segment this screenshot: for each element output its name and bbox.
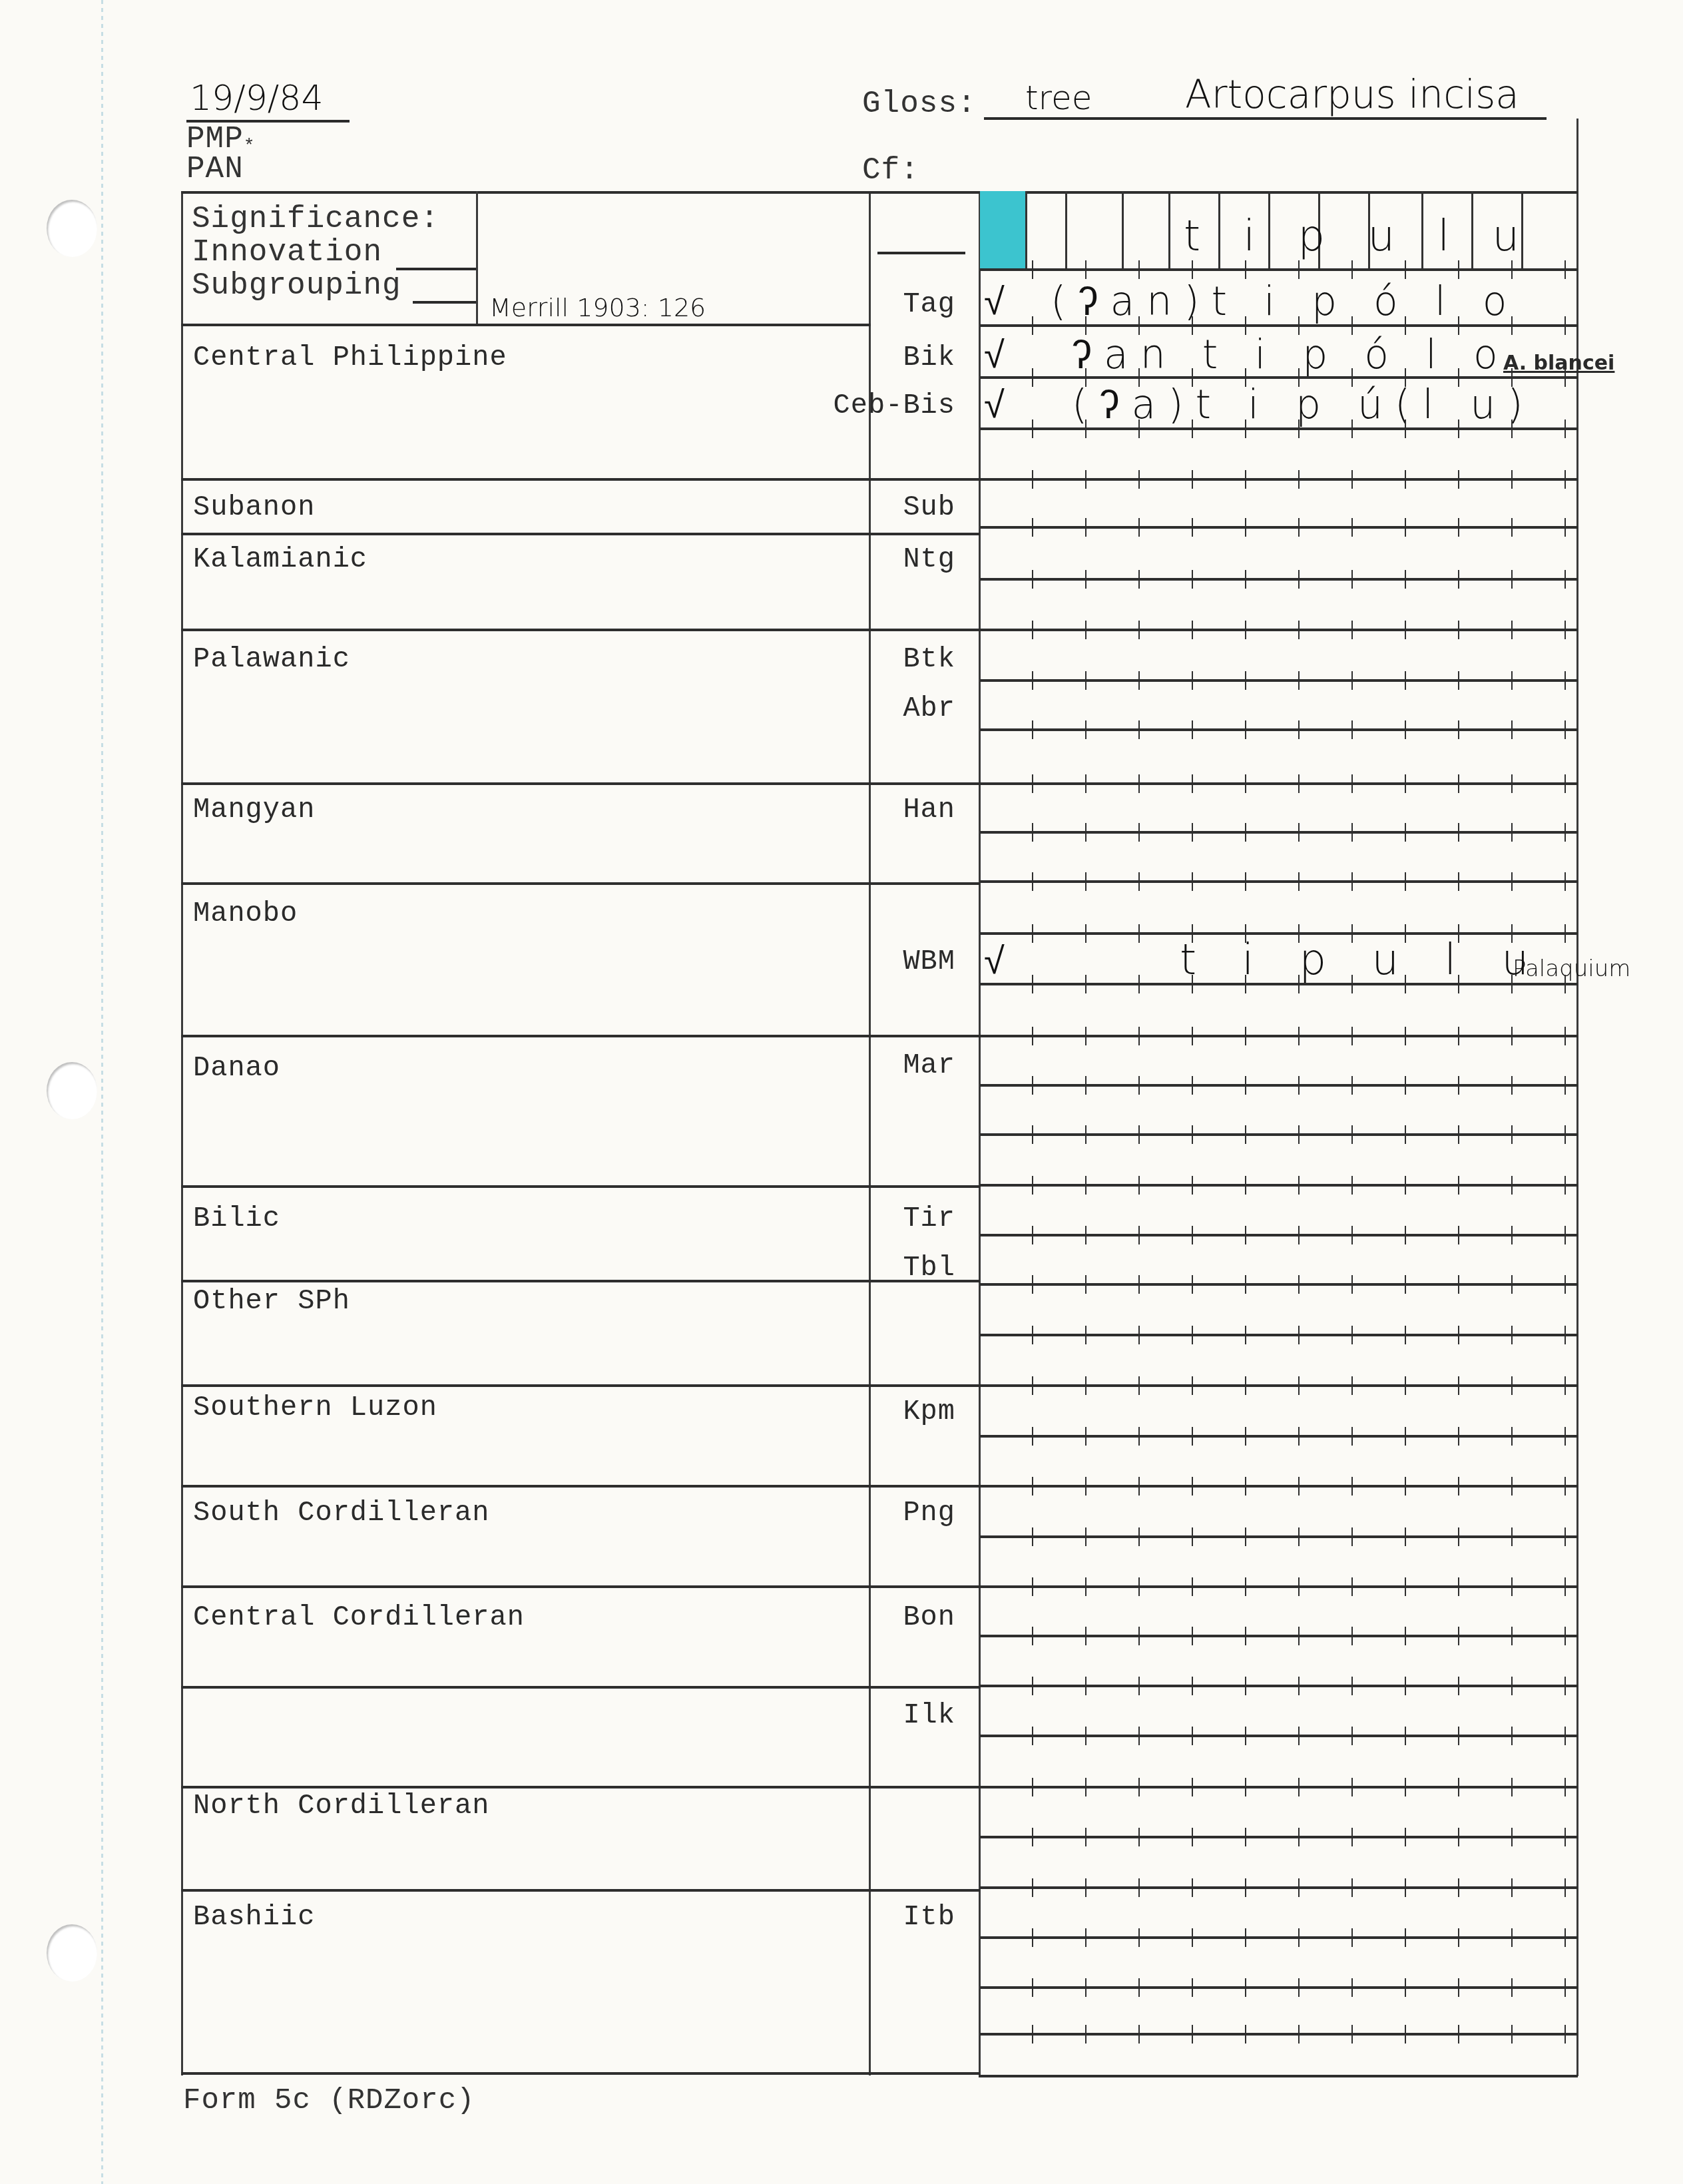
lang-ntg: Ntg (855, 543, 955, 575)
writing-line (980, 526, 1578, 529)
grid-bottom (979, 2075, 1578, 2077)
highlight-cell (980, 191, 1027, 270)
binder-hole-bottom (47, 1924, 97, 1982)
lang-ceb-bis: Ceb-Bis (829, 390, 955, 421)
writing-line (980, 1986, 1578, 1989)
writing-line (980, 932, 1578, 935)
lang-bon: Bon (855, 1601, 955, 1633)
binder-hole-top (47, 200, 97, 257)
lang-tag: Tag (855, 288, 955, 320)
group-kalamianic: Kalamianic (193, 543, 367, 575)
group-bashiic: Bashiic (193, 1901, 315, 1933)
writing-line (980, 1836, 1578, 1838)
proto-level-pan: PAN (186, 152, 244, 186)
row-divider (181, 1585, 980, 1588)
group-southern-luzon: Southern Luzon (193, 1392, 437, 1424)
binder-hole-middle (47, 1062, 97, 1119)
writing-line (980, 1735, 1578, 1737)
writing-line (980, 578, 1578, 581)
writing-line (980, 324, 1578, 327)
row-divider (181, 1485, 980, 1488)
writing-line (980, 1133, 1578, 1136)
lang-tir: Tir (855, 1203, 955, 1234)
row-divider (181, 1035, 980, 1037)
gloss-value[interactable]: tree (1025, 79, 1092, 117)
row-divider (181, 1384, 980, 1387)
writing-line (980, 1435, 1578, 1438)
row-divider (181, 882, 980, 885)
writing-line (980, 1283, 1578, 1286)
asterisk-marker: * (244, 136, 256, 157)
significance-title: Significance: (192, 202, 439, 236)
row-divider (181, 1786, 980, 1788)
significance-divider (476, 191, 478, 324)
writing-line (980, 831, 1578, 834)
subgrouping-label: Subgrouping (192, 268, 401, 303)
writing-line (980, 1535, 1578, 1538)
lang-kpm: Kpm (855, 1396, 955, 1428)
group-subanon: Subanon (193, 491, 315, 523)
writing-line (980, 1334, 1578, 1336)
writing-line (980, 880, 1578, 883)
gloss-scientific-name[interactable]: Artocarpus incisa (1185, 72, 1519, 117)
row-divider (181, 1185, 980, 1188)
writing-line (980, 1234, 1578, 1236)
significance-bottom (181, 324, 871, 326)
gloss-label: Gloss: (862, 87, 977, 121)
row-divider (181, 629, 980, 631)
reconstruction-dash (877, 252, 965, 254)
subgrouping-blank[interactable] (413, 301, 476, 304)
cf-label: Cf: (862, 153, 919, 188)
cell-divider (1168, 191, 1170, 270)
lang-ilk: Ilk (855, 1699, 955, 1731)
group-bilic: Bilic (193, 1203, 280, 1234)
group-central-philippine: Central Philippine (193, 342, 507, 374)
writing-line (980, 2033, 1578, 2036)
lang-itb: Itb (855, 1901, 955, 1933)
group-palawanic: Palawanic (193, 643, 350, 675)
group-manobo: Manobo (193, 898, 298, 930)
writing-line (980, 268, 1578, 271)
writing-line (980, 1184, 1578, 1187)
writing-line (980, 1485, 1578, 1488)
row-divider (181, 478, 980, 481)
writing-line (980, 629, 1578, 631)
gloss-underline (984, 117, 1547, 120)
source-reference[interactable]: Merrill 1903: 126 (489, 293, 706, 322)
frame-bottom (181, 2072, 980, 2075)
abbr-divider (869, 191, 871, 2075)
innovation-label: Innovation (192, 235, 382, 270)
row-divider (181, 533, 980, 535)
lang-btk: Btk (855, 643, 955, 675)
frame-left (181, 191, 183, 2075)
lang-abr: Abr (855, 692, 955, 724)
group-other-sph: Other SPh (193, 1285, 350, 1317)
group-north-cordilleran: North Cordilleran (193, 1790, 489, 1822)
innovation-blank[interactable] (396, 268, 476, 270)
group-danao: Danao (193, 1052, 280, 1084)
form-identifier: Form 5c (RDZorc) (183, 2084, 475, 2117)
cell-divider (1122, 191, 1124, 270)
group-mangyan: Mangyan (193, 794, 315, 826)
writing-line (980, 427, 1578, 430)
lang-tbl: Tbl (855, 1252, 955, 1284)
writing-line (980, 1635, 1578, 1637)
writing-line (980, 1886, 1578, 1889)
writing-line (980, 1786, 1578, 1788)
writing-line (980, 1384, 1578, 1387)
row-divider (181, 1686, 980, 1689)
writing-line (980, 679, 1578, 682)
row-divider (181, 1280, 980, 1282)
lang-bik: Bik (855, 342, 955, 374)
writing-line (980, 1685, 1578, 1687)
writing-line (980, 1936, 1578, 1939)
writing-line (980, 1035, 1578, 1037)
margin-rule (101, 0, 103, 2184)
group-south-cordilleran: South Cordilleran (193, 1497, 489, 1529)
cell-divider (1025, 191, 1027, 270)
writing-line (980, 728, 1578, 731)
writing-line (980, 376, 1578, 379)
cell-divider (1065, 191, 1067, 270)
reconstructed-form[interactable]: t i p u l u (1184, 212, 1534, 261)
writing-line (980, 782, 1578, 785)
writing-line (980, 478, 1578, 481)
writing-line (980, 983, 1578, 985)
lang-han: Han (855, 794, 955, 826)
row-divider (181, 1889, 980, 1892)
lang-wbm: WBM (855, 946, 955, 977)
row-divider (181, 782, 980, 785)
lang-png: Png (855, 1497, 955, 1529)
lang-mar: Mar (855, 1049, 955, 1081)
group-central-cordilleran: Central Cordilleran (193, 1601, 525, 1633)
writing-line (980, 1084, 1578, 1087)
lang-sub: Sub (855, 491, 955, 523)
writing-line (980, 1585, 1578, 1588)
date-field[interactable]: 19/9/84 (190, 79, 323, 119)
